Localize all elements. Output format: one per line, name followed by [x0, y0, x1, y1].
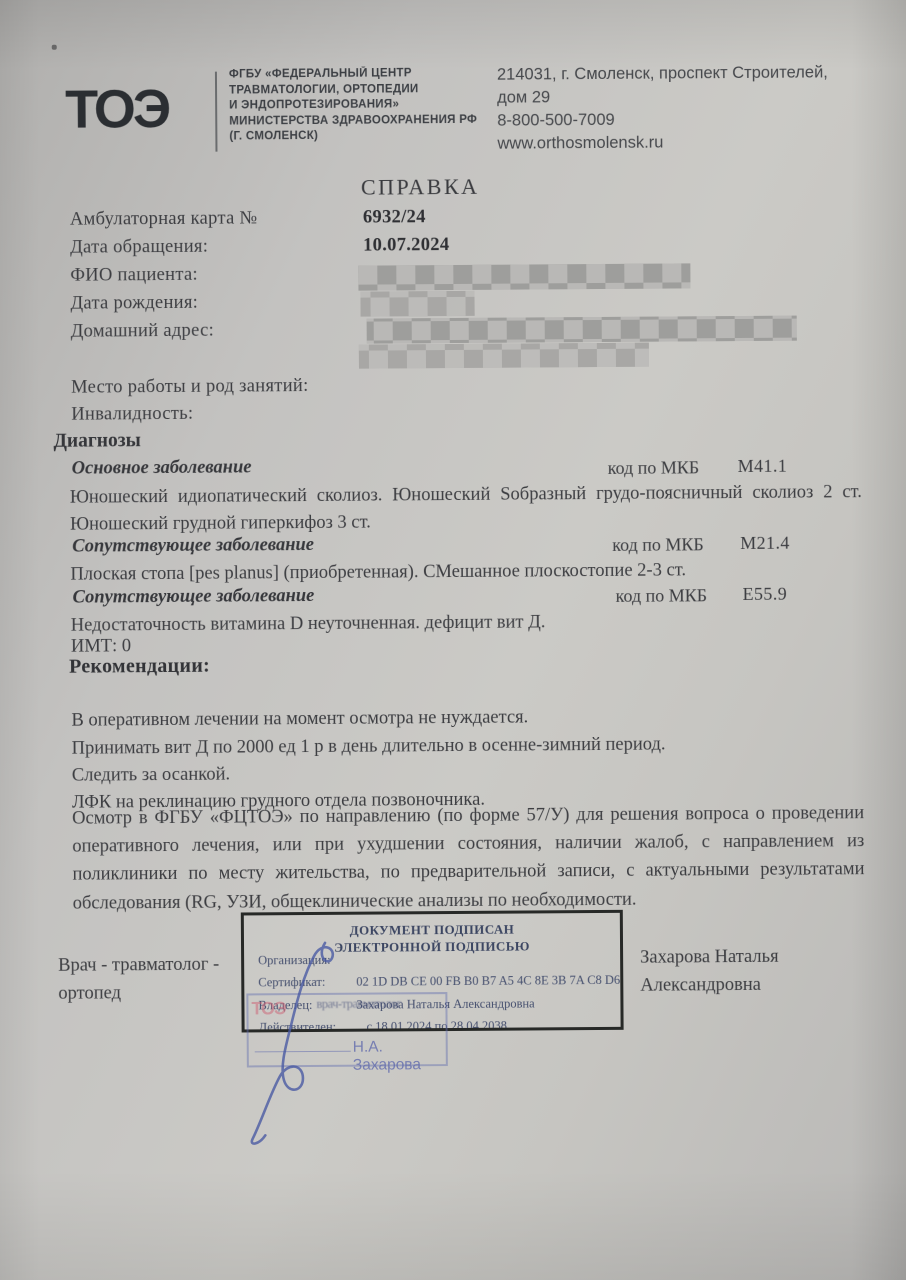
org-name: ФГБУ «ФЕДЕРАЛЬНЫЙ ЦЕНТР ТРАВМАТОЛОГИИ, О… [229, 66, 480, 145]
doctor-role: Врач - травматолог - ортопед [58, 952, 219, 1008]
redacted-birth-date [360, 291, 474, 317]
org-line: ТРАВМАТОЛОГИИ, ОРТОПЕДИИ [229, 81, 479, 98]
paper-speck [52, 45, 57, 50]
field-visit-date-label: Дата обращения: [70, 237, 208, 259]
doctor-name: Захарова Наталья Александровна [640, 944, 779, 1000]
mkb-label: код по МКБ [616, 585, 708, 607]
mkb-code: М41.1 [738, 456, 788, 477]
clinic-address: 214031, г. Смоленск, проспект Строителей… [497, 61, 829, 155]
field-visit-date-value: 10.07.2024 [363, 235, 449, 257]
field-work-label: Место работы и род занятий: [71, 376, 309, 399]
org-line: И ЭНДОПРОТЕЗИРОВАНИЯ» [229, 97, 479, 114]
doctor-role-line: Врач - травматолог - [58, 952, 219, 981]
recommendation-paragraph: Осмотр в ФГБУ «ФЦТОЭ» по направлению (по… [72, 799, 865, 917]
diagnosis-type: Сопутствующее заболевание [73, 586, 315, 609]
redacted-patient-name [358, 263, 690, 290]
recommendation-line: В оперативном лечении на момент осмотра … [71, 707, 528, 731]
doctor-name-line: Захарова Наталья [640, 944, 779, 972]
diagnosis-type: Сопутствующее заболевание [72, 535, 314, 558]
field-birth-label: Дата рождения: [70, 293, 198, 315]
mkb-code: Е55.9 [743, 584, 788, 605]
recommendations-heading: Рекомендации: [69, 655, 210, 679]
diagnoses-heading: Диагнозы [53, 430, 140, 453]
recommendation-line: Следить за осанкой. [72, 765, 230, 787]
field-card-label: Амбулаторная карта № [70, 208, 258, 230]
field-patient-label: ФИО пациента: [70, 265, 198, 287]
diagnosis-text: Юношеский идиопатический сколиоз. Юношес… [70, 479, 862, 539]
page-title: СПРАВКА [0, 171, 843, 203]
header: ТОЭ ФГБУ «ФЕДЕРАЛЬНЫЙ ЦЕНТР ТРАВМАТОЛОГИ… [65, 66, 480, 153]
field-card-value: 6932/24 [363, 207, 426, 228]
handwritten-signature [228, 927, 360, 1148]
address-line: дом 29 [497, 84, 828, 109]
address-line: 214031, г. Смоленск, проспект Строителей… [497, 61, 828, 86]
diagnosis-type: Основное заболевание [72, 457, 252, 479]
org-line: (Г. СМОЛЕНСК) [229, 128, 479, 145]
field-disability-label: Инвалидность: [71, 404, 193, 426]
mkb-label: код по МКБ [612, 534, 704, 556]
blue-stamp-name: Н.А. Захарова [353, 1038, 446, 1075]
org-line: ФГБУ «ФЕДЕРАЛЬНЫЙ ЦЕНТР [229, 66, 479, 83]
address-line: 8-800-500-7009 [497, 107, 828, 132]
doctor-role-line: ортопед [58, 979, 219, 1008]
stamp-cert-value: 02 1D DB CE 00 FB B0 B7 A5 4C 8E 3B 7A C… [356, 973, 623, 990]
redacted-address-line1 [367, 316, 797, 344]
field-address-label: Домашний адрес: [71, 321, 214, 343]
mkb-label: код по МКБ [608, 457, 700, 479]
redacted-address-line2 [359, 343, 649, 369]
address-line: www.orthosmolensk.ru [497, 130, 828, 155]
org-line: МИНИСТЕРСТВА ЗДРАВООХРАНЕНИЯ РФ [229, 112, 479, 129]
clinic-logo: ТОЭ [65, 82, 215, 137]
certificate-sheet: ТОЭ ФГБУ «ФЕДЕРАЛЬНЫЙ ЦЕНТР ТРАВМАТОЛОГИ… [0, 0, 906, 1280]
recommendation-line: Принимать вит Д по 2000 ед 1 р в день дл… [72, 735, 666, 760]
document-photo: ТОЭ ФГБУ «ФЕДЕРАЛЬНЫЙ ЦЕНТР ТРАВМАТОЛОГИ… [0, 0, 906, 1280]
mkb-code: М21.4 [740, 533, 790, 554]
doctor-name-line: Александровна [640, 971, 779, 999]
diagnosis-text: Недостаточность витамина D неуточненная.… [71, 607, 863, 640]
header-divider [215, 72, 218, 152]
